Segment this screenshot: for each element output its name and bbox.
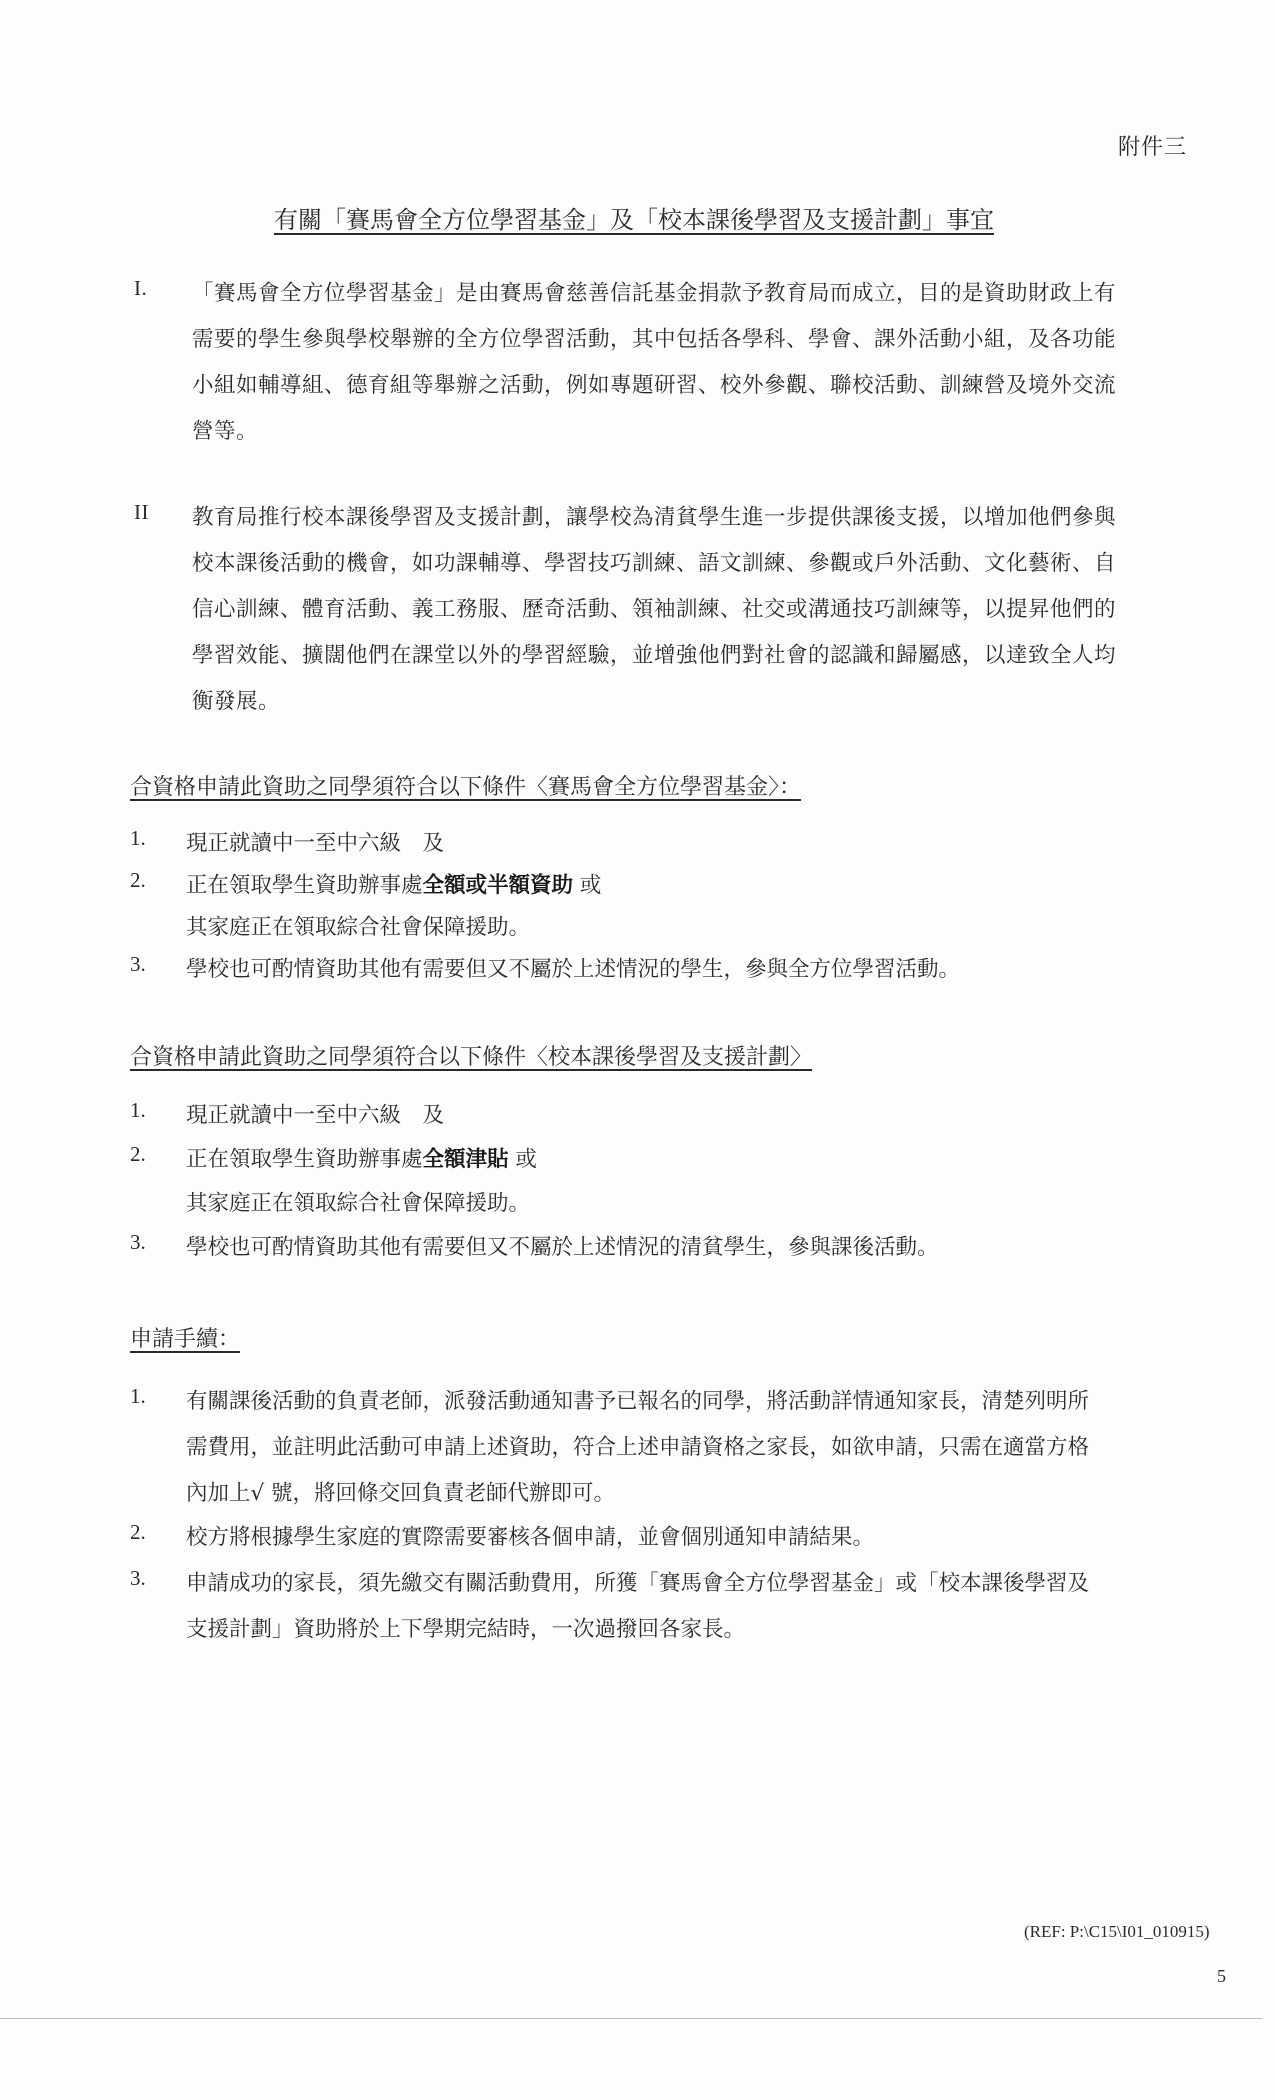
section-numeral: II — [134, 500, 149, 525]
scan-edge-rule — [0, 2018, 1262, 2019]
paragraph-line: 小組如輔導組、德育組等舉辦之活動，例如專題研習、校外參觀、聯校活動、訓練營及境外… — [192, 368, 1116, 399]
item-number: 1. — [130, 826, 146, 851]
item-number: 2. — [130, 1520, 146, 1545]
paragraph-line: 「賽馬會全方位學習基金」是由賽馬會慈善信託基金捐款予教育局而成立，目的是資助財政… — [192, 276, 1116, 307]
item-text: 正在領取學生資助辦事處全額或半額資助 或 — [186, 868, 601, 899]
item-number: 3. — [130, 1230, 146, 1255]
item-number: 3. — [130, 1566, 146, 1591]
item-text: 有關課後活動的負責老師，派發活動通知書予已報名的同學，將活動詳情通知家長，清楚列… — [186, 1384, 1089, 1415]
item-text: 需費用，並註明此活動可申請上述資助，符合上述申請資格之家長，如欲申請，只需在適當… — [186, 1430, 1089, 1461]
item-text: 校方將根據學生家庭的實際需要審核各個申請，並會個別通知申請結果。 — [186, 1520, 874, 1551]
paragraph-line: 教育局推行校本課後學習及支援計劃，讓學校為清貧學生進一步提供課後支援，以增加他們… — [192, 500, 1116, 531]
item-text: 其家庭正在領取綜合社會保障援助。 — [186, 910, 530, 941]
item-text: 支援計劃」資助將於上下學期完結時，一次過撥回各家長。 — [186, 1612, 745, 1643]
item-number: 3. — [130, 952, 146, 977]
paragraph-line: 營等。 — [192, 414, 258, 445]
section-numeral: I. — [134, 276, 147, 301]
annex-label: 附件三 — [1118, 130, 1187, 161]
procedure-heading: 申請手續： — [130, 1322, 240, 1353]
item-text: 內加上√ 號，將回條交回負責老師代辦即可。 — [186, 1476, 615, 1507]
item-text: 現正就讀中一至中六級 及 — [186, 1098, 444, 1129]
eligibility-school-heading: 合資格申請此資助之同學須符合以下條件〈校本課後學習及支援計劃〉 — [130, 1040, 812, 1071]
paragraph-line: 需要的學生參與學校舉辦的全方位學習活動，其中包括各學科、學會、課外活動小組，及各… — [192, 322, 1116, 353]
item-text: 其家庭正在領取綜合社會保障援助。 — [186, 1186, 530, 1217]
item-text: 申請成功的家長，須先繳交有關活動費用，所獲「賽馬會全方位學習基金」或「校本課後學… — [186, 1566, 1089, 1597]
document-title: 有關「賽馬會全方位學習基金」及「校本課後學習及支援計劃」事宜 — [274, 200, 994, 235]
emphasis: 全額津貼 — [423, 1147, 509, 1172]
paragraph-line: 學習效能、擴闊他們在課堂以外的學習經驗，並增強他們對社會的認識和歸屬感，以達致全… — [192, 638, 1116, 669]
item-text: 正在領取學生資助辦事處全額津貼 或 — [186, 1142, 537, 1173]
page-number: 5 — [1217, 1966, 1226, 1987]
item-text: 現正就讀中一至中六級 及 — [186, 826, 444, 857]
emphasis: 全額或半額資助 — [423, 873, 574, 898]
paragraph-line: 信心訓練、體育活動、義工務服、歷奇活動、領袖訓練、社交或溝通技巧訓練等，以提昇他… — [192, 592, 1116, 623]
item-number: 2. — [130, 868, 146, 893]
item-number: 1. — [130, 1384, 146, 1409]
item-number: 1. — [130, 1098, 146, 1123]
item-number: 2. — [130, 1142, 146, 1167]
item-text: 學校也可酌情資助其他有需要但又不屬於上述情況的清貧學生，參與課後活動。 — [186, 1230, 939, 1261]
paragraph-line: 衡發展。 — [192, 684, 280, 715]
item-text: 學校也可酌情資助其他有需要但又不屬於上述情況的學生，參與全方位學習活動。 — [186, 952, 960, 983]
reference-code: (REF: P:\C15\I01_010915) — [1024, 1922, 1210, 1942]
paragraph-line: 校本課後活動的機會，如功課輔導、學習技巧訓練、語文訓練、參觀或戶外活動、文化藝術… — [192, 546, 1116, 577]
eligibility-jockey-heading: 合資格申請此資助之同學須符合以下條件〈賽馬會全方位學習基金〉： — [130, 770, 801, 801]
